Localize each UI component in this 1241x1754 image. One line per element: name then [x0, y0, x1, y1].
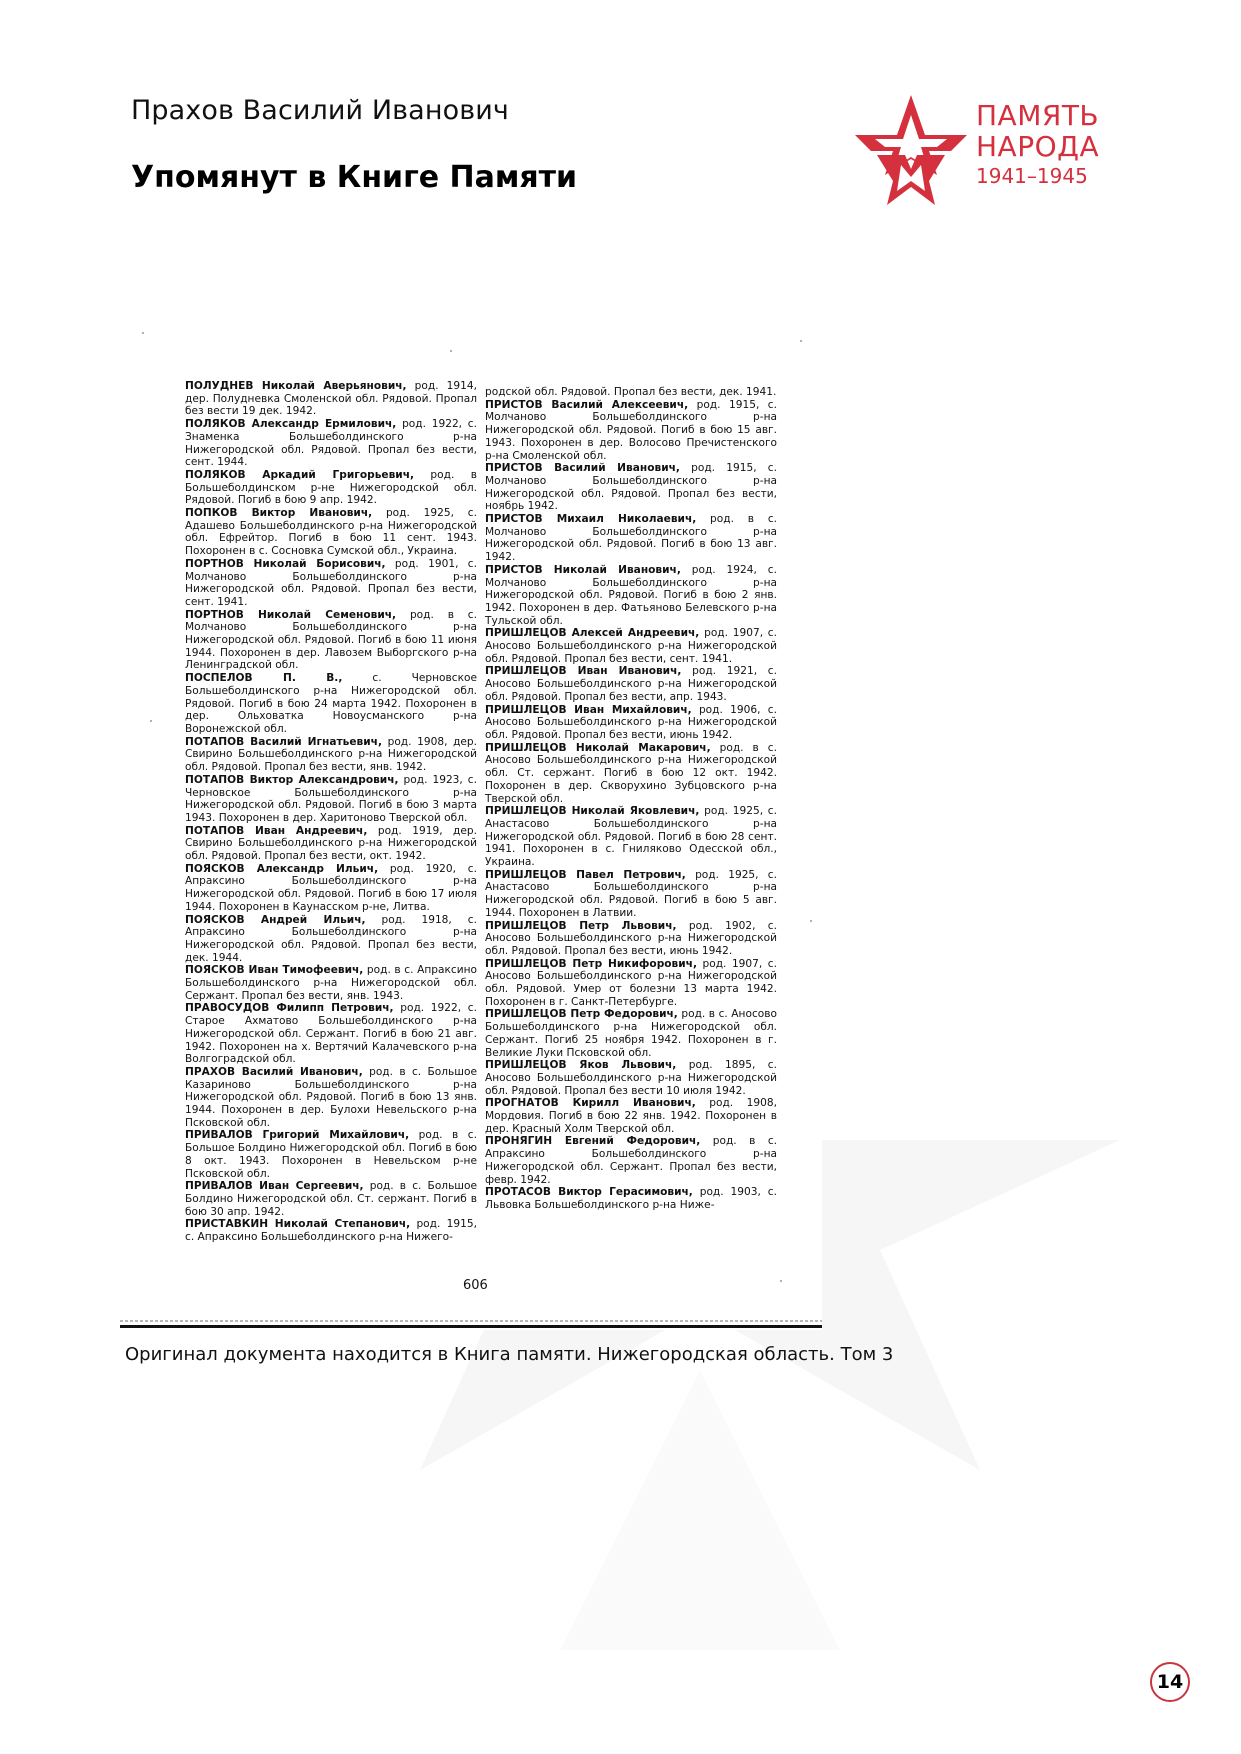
scan-left-column: ПОЛУДНЕВ Николай Аверьянович, род. 1914,… [185, 380, 477, 1244]
book-entry: ПОЯСКОВ Александр Ильич, род. 1920, с. А… [185, 863, 477, 914]
book-entry: ПРИШЛЕЦОВ Петр Никифорович, род. 1907, с… [485, 958, 777, 1009]
book-entry: ПРИСТАВКИН Николай Степанович, род. 1915… [185, 1218, 477, 1243]
book-entry: ПРИШЛЕЦОВ Яков Львович, род. 1895, с. Ан… [485, 1059, 777, 1097]
scan-noise [810, 920, 812, 922]
book-entry: ПОТАПОВ Иван Андреевич, род. 1919, дер. … [185, 825, 477, 863]
book-entry: ПРИВАЛОВ Григорий Михайлович, род. в с. … [185, 1129, 477, 1180]
book-entry: ПРОНЯГИН Евгений Федорович, род. в с. Ап… [485, 1135, 777, 1186]
book-entry: ПРИСТОВ Михаил Николаевич, род. в с. Мол… [485, 513, 777, 564]
book-entry: ПРИШЛЕЦОВ Петр Федорович, род. в с. Анос… [485, 1008, 777, 1059]
book-entry: ПРИШЛЕЦОВ Николай Макарович, род. в с. А… [485, 742, 777, 806]
book-entry: ПРАВОСУДОВ Филипп Петрович, род. 1922, с… [185, 1002, 477, 1066]
book-entry: ПРИШЛЕЦОВ Петр Львович, род. 1902, с. Ан… [485, 920, 777, 958]
book-entry: родской обл. Рядовой. Пропал без вести, … [485, 386, 777, 399]
book-entry: ПРИСТОВ Василий Алексеевич, род. 1915, с… [485, 399, 777, 463]
scan-noise [142, 332, 144, 334]
book-entry: ПОПКОВ Виктор Иванович, род. 1925, с. Ад… [185, 507, 477, 558]
book-entry: ПОРТНОВ Николай Борисович, род. 1901, с.… [185, 558, 477, 609]
scan-noise [800, 340, 802, 342]
logo-line-1: ПАМЯТЬ [976, 100, 1099, 131]
book-entry: ПРИШЛЕЦОВ Алексей Андреевич, род. 1907, … [485, 627, 777, 665]
scan-edge-noise [120, 1320, 822, 1322]
book-entry: ПОЯСКОВ Андрей Ильич, род. 1918, с. Апра… [185, 914, 477, 965]
book-entry: ПОЯСКОВ Иван Тимофеевич, род. в с. Апрак… [185, 964, 477, 1002]
book-entry: ПОЛЯКОВ Аркадий Григорьевич, род. в Боль… [185, 469, 477, 507]
book-entry: ПОЛУДНЕВ Николай Аверьянович, род. 1914,… [185, 380, 477, 418]
book-entry: ПРИСТОВ Василий Иванович, род. 1915, с. … [485, 462, 777, 513]
page-number-badge: 14 [1150, 1662, 1190, 1702]
book-entry: ПОРТНОВ Николай Семенович, род. в с. Мол… [185, 609, 477, 673]
book-entry: ПРИВАЛОВ Иван Сергеевич, род. в с. Больш… [185, 1180, 477, 1218]
logo-years: 1941–1945 [976, 164, 1099, 188]
person-name: Прахов Василий Иванович [131, 95, 509, 126]
book-entry: ПРИШЛЕЦОВ Павел Петрович, род. 1925, с. … [485, 869, 777, 920]
book-entry: ПРИШЛЕЦОВ Николай Яковлевич, род. 1925, … [485, 805, 777, 869]
book-entry: ПОЛЯКОВ Александр Ермилович, род. 1922, … [185, 418, 477, 469]
book-entry: ПОСПЕЛОВ П. В., с. Черновское Большеболд… [185, 672, 477, 736]
book-entry: ПРИСТОВ Николай Иванович, род. 1924, с. … [485, 564, 777, 628]
page-title: Упомянут в Книге Памяти [131, 160, 577, 195]
book-entry: ПОТАПОВ Василий Игнатьевич, род. 1908, д… [185, 736, 477, 774]
book-entry: ПОТАПОВ Виктор Александрович, род. 1923,… [185, 774, 477, 825]
book-entry: ПРОГНАТОВ Кирилл Иванович, род. 1908, Мо… [485, 1097, 777, 1135]
logo-line-2: НАРОДА [976, 131, 1099, 162]
book-entry: ПРИШЛЕЦОВ Иван Иванович, род. 1921, с. А… [485, 665, 777, 703]
scan-noise [150, 720, 152, 722]
scan-noise [450, 350, 452, 352]
book-entry: ПРИШЛЕЦОВ Иван Михайлович, род. 1906, с.… [485, 704, 777, 742]
scanned-book-page: ПОЛУДНЕВ Николай Аверьянович, род. 1914,… [120, 320, 822, 1330]
scan-right-column: родской обл. Рядовой. Пропал без вести, … [485, 386, 777, 1212]
book-entry-highlighted-person: ПРАХОВ Василий Иванович, род. в с. Больш… [185, 1066, 477, 1130]
scan-bottom-rule [120, 1325, 822, 1328]
red-star-icon [855, 95, 967, 205]
book-entry: ПРОТАСОВ Виктор Герасимович, род. 1903, … [485, 1186, 777, 1211]
source-caption: Оригинал документа находится в Книга пам… [125, 1344, 893, 1365]
pamyat-naroda-logo: ПАМЯТЬ НАРОДА 1941–1945 [855, 95, 1125, 205]
scan-noise [780, 1280, 782, 1282]
book-page-number: 606 [463, 1278, 488, 1293]
